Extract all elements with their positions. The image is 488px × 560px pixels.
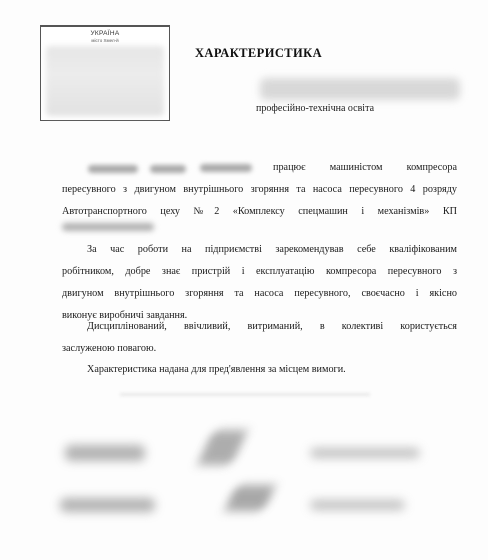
signatory-name-redacted	[310, 448, 420, 458]
signature-redacted	[197, 430, 248, 465]
addressee-redacted	[260, 78, 460, 100]
signatory-title-redacted	[65, 445, 145, 461]
organization-redacted	[62, 223, 154, 231]
stamp-country: УКРАЇНА	[41, 30, 169, 37]
signatory-title-redacted	[60, 498, 155, 512]
paragraph-line: заслуженою повагою.	[62, 338, 457, 360]
signatory-name-redacted	[310, 500, 405, 510]
paragraph-purpose: Характеристика надана для пред'явлення з…	[62, 359, 457, 381]
paragraph-qualification: За час роботи на підприємстві зарекоменд…	[62, 239, 457, 327]
addressee-line: професійно-технічна освіта	[256, 103, 374, 114]
paragraph-line: Дисциплінований, ввічливий, витриманий, …	[62, 316, 457, 338]
signature-redacted	[224, 485, 276, 511]
paragraph-line: пересувного з двигуном внутрішнього згор…	[62, 179, 457, 201]
document-page: УКРАЇНА місто Хмел-й ХАРАКТЕРИСТИКА проф…	[0, 0, 488, 560]
paragraph-line: працює машиністом компресора	[62, 157, 457, 179]
corner-stamp: УКРАЇНА місто Хмел-й	[40, 25, 170, 121]
paragraph-line: За час роботи на підприємстві зарекоменд…	[62, 239, 457, 261]
stamp-redacted-area	[46, 46, 164, 116]
paragraph-line: двигуном внутрішнього згоряння та насоса…	[62, 283, 457, 305]
paragraph-employment: працює машиністом компресора пересувного…	[62, 157, 457, 223]
stamp-city: місто Хмел-й	[41, 38, 169, 43]
paragraph-line: Характеристика надана для пред'явлення з…	[62, 359, 457, 381]
paragraph-line: робітником, добре знає пристрій і експлу…	[62, 261, 457, 283]
paragraph-line: Автотранспортного цеху №2 «Комплексу спе…	[62, 201, 457, 223]
paragraph-discipline: Дисциплінований, ввічливий, витриманий, …	[62, 316, 457, 360]
document-title: ХАРАКТЕРИСТИКА	[195, 46, 322, 61]
faint-bleedthrough-line	[120, 393, 370, 396]
